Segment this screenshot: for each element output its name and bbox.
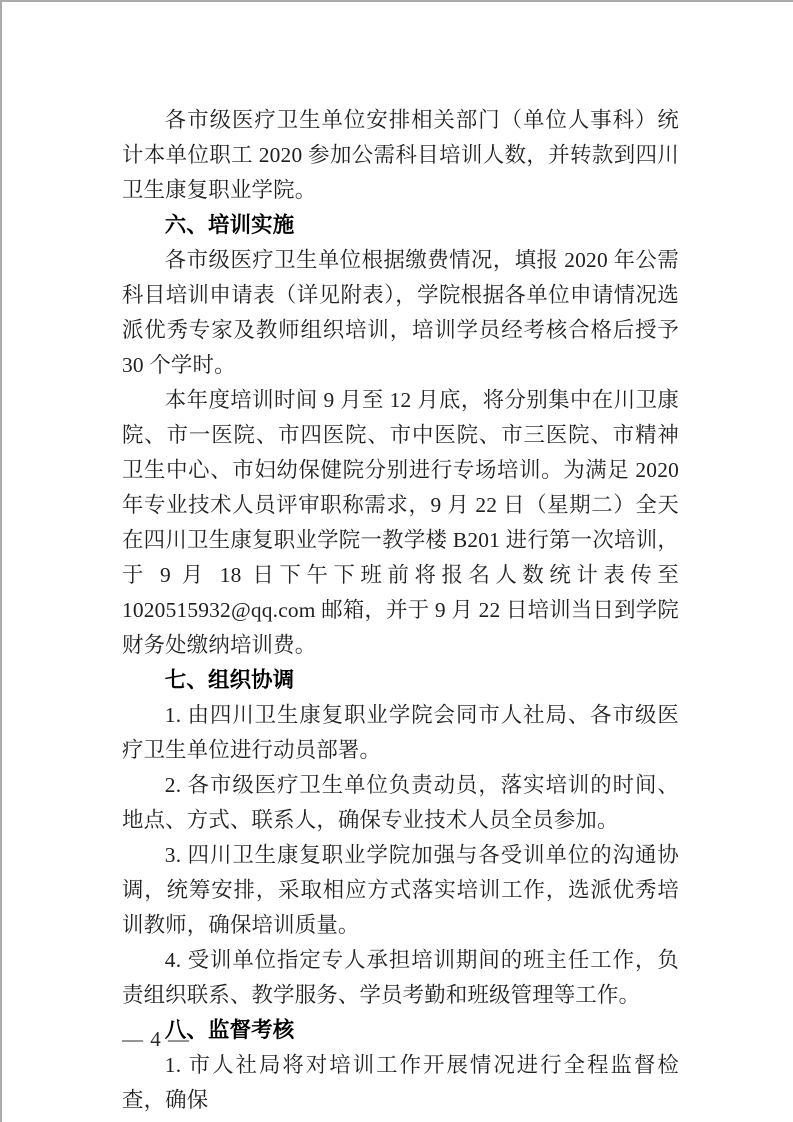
paragraph: 各市级医疗卫生单位安排相关部门（单位人事科）统计本单位职工 2020 参加公需科… <box>122 103 679 208</box>
section-heading: 六、培训实施 <box>122 208 679 243</box>
paragraph: 本年度培训时间 9 月至 12 月底，将分别集中在川卫康院、市一医院、市四医院、… <box>122 383 679 663</box>
paragraph: 1. 由四川卫生康复职业学院会同市人社局、各市级医疗卫生单位进行动员部署。 <box>122 698 679 768</box>
section-heading: 八、监督考核 <box>122 1013 679 1048</box>
document-body: 各市级医疗卫生单位安排相关部门（单位人事科）统计本单位职工 2020 参加公需科… <box>122 103 679 1118</box>
paragraph: 各市级医疗卫生单位根据缴费情况，填报 2020 年公需科目培训申请表（详见附表）… <box>122 243 679 383</box>
section-heading: 七、组织协调 <box>122 663 679 698</box>
paragraph: 3. 四川卫生康复职业学院加强与各受训单位的沟通协调，统筹安排，采取相应方式落实… <box>122 838 679 943</box>
document-page: 各市级医疗卫生单位安排相关部门（单位人事科）统计本单位职工 2020 参加公需科… <box>0 0 793 1122</box>
page-number: — 4 — <box>122 1024 190 1054</box>
paragraph: 4. 受训单位指定专人承担培训期间的班主任工作，负责组织联系、教学服务、学员考勤… <box>122 943 679 1013</box>
paragraph: 1. 市人社局将对培训工作开展情况进行全程监督检查，确保 <box>122 1048 679 1118</box>
paragraph: 2. 各市级医疗卫生单位负责动员，落实培训的时间、地点、方式、联系人，确保专业技… <box>122 768 679 838</box>
